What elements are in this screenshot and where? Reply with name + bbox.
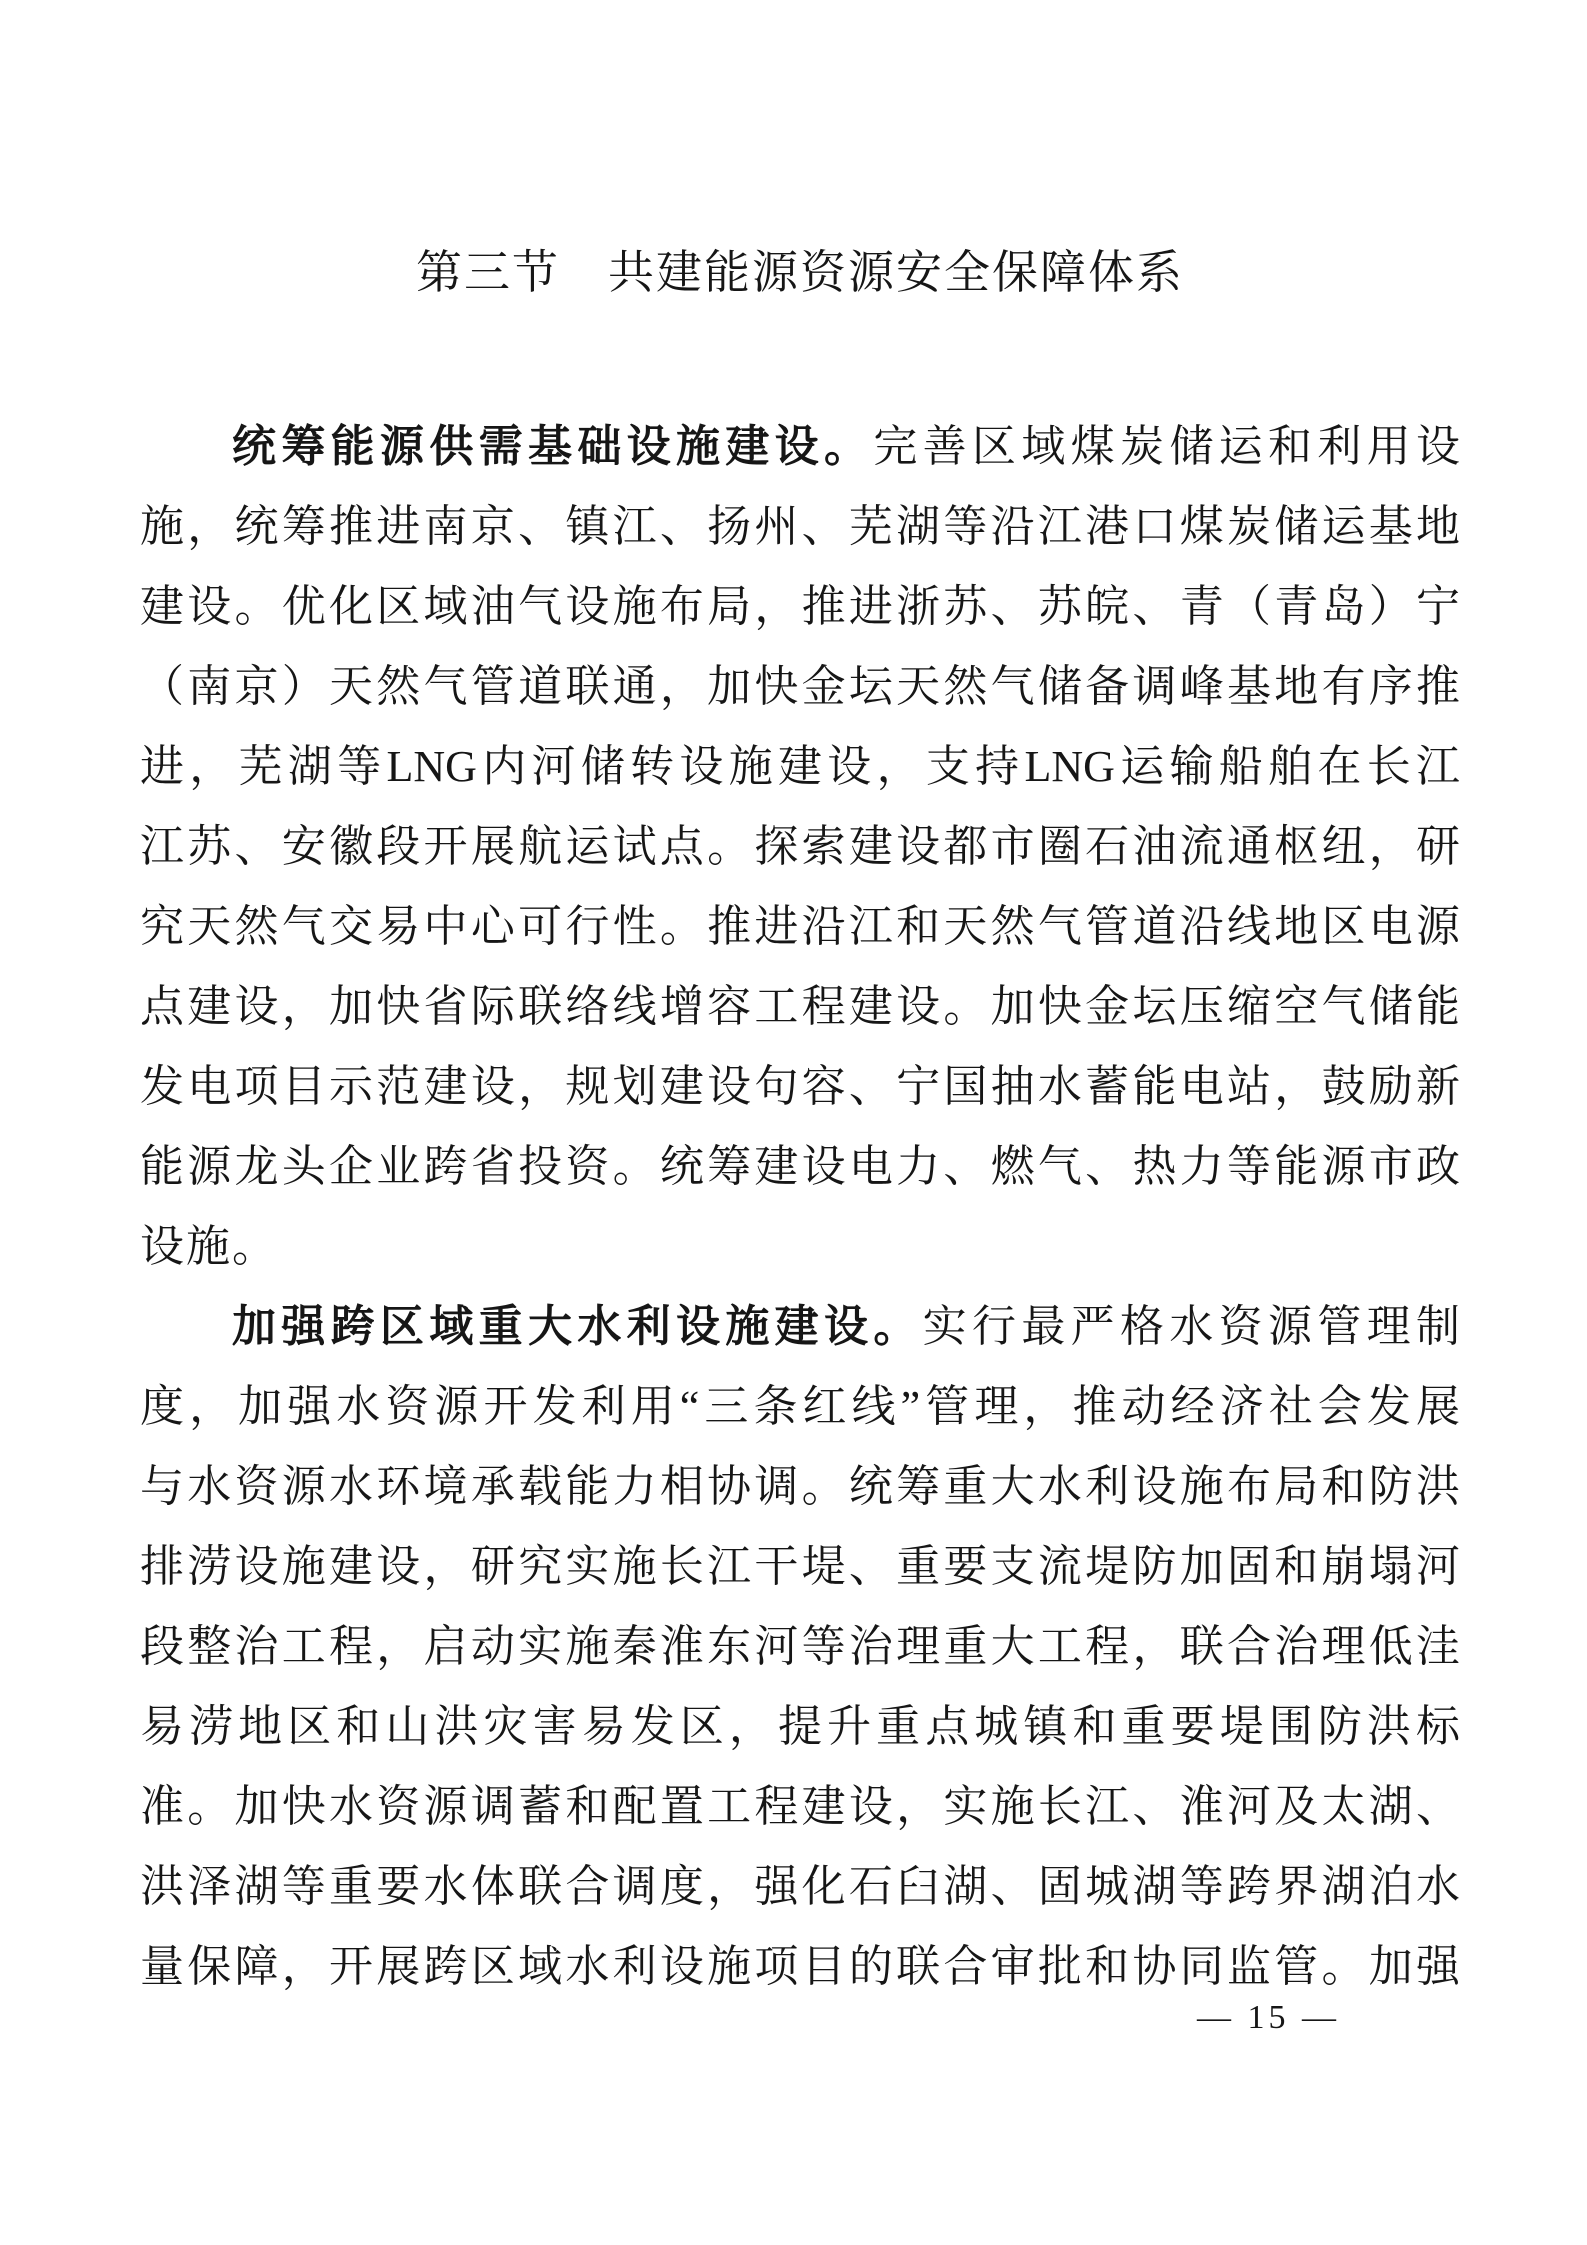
document-body: 统筹能源供需基础设施建设。完善区域煤炭储运和利用设施，统筹推进南京、镇江、扬州、… [140, 407, 1460, 2007]
text-line: 易涝地区和山洪灾害易发区，提升重点城镇和重要堤围防洪标 [140, 1687, 1460, 1767]
text-segment: 究天然气交易中心可行性。推进沿江和天然气管道沿线地区电源 [140, 902, 1460, 951]
text-segment: 发电项目示范建设，规划建设句容、宁国抽水蓄能电站，鼓励新 [140, 1062, 1460, 1111]
text-line: 能源龙头企业跨省投资。统筹建设电力、燃气、热力等能源市政 [140, 1127, 1460, 1207]
text-segment: 与水资源水环境承载能力相协调。统筹重大水利设施布局和防洪 [140, 1462, 1460, 1511]
text-line: 究天然气交易中心可行性。推进沿江和天然气管道沿线地区电源 [140, 887, 1460, 967]
text-line: 排涝设施建设，研究实施长江干堤、重要支流堤防加固和崩塌河 [140, 1527, 1460, 1607]
text-segment: 江苏、安徽段开展航运试点。探索建设都市圈石油流通枢纽，研 [140, 822, 1460, 871]
paragraph-1: 统筹能源供需基础设施建设。完善区域煤炭储运和利用设施，统筹推进南京、镇江、扬州、… [140, 407, 1460, 1287]
text-segment: 度，加强水资源开发利用“三条红线”管理，推动经济社会发展 [140, 1382, 1460, 1431]
text-segment: 建设。优化区域油气设施布局，推进浙苏、苏皖、青（青岛）宁 [140, 582, 1460, 631]
text-line: 与水资源水环境承载能力相协调。统筹重大水利设施布局和防洪 [140, 1447, 1460, 1527]
page-number: — 15 — [1197, 1998, 1340, 2038]
text-line: （南京）天然气管道联通，加快金坛天然气储备调峰基地有序推 [140, 647, 1460, 727]
text-line: 准。加快水资源调蓄和配置工程建设，实施长江、淮河及太湖、 [140, 1767, 1460, 1847]
document-page: 第三节 共建能源资源安全保障体系 统筹能源供需基础设施建设。完善区域煤炭储运和利… [0, 0, 1587, 2245]
text-line: 进，芜湖等LNG内河储转设施建设，支持LNG运输船舶在长江 [140, 727, 1460, 807]
text-segment: 量保障，开展跨区域水利设施项目的联合审批和协同监管。加强 [140, 1942, 1460, 1991]
text-segment: （南京）天然气管道联通，加快金坛天然气储备调峰基地有序推 [140, 662, 1460, 711]
text-line: 段整治工程，启动实施秦淮东河等治理重大工程，联合治理低洼 [140, 1607, 1460, 1687]
text-line: 江苏、安徽段开展航运试点。探索建设都市圈石油流通枢纽，研 [140, 807, 1460, 887]
text-segment: 点建设，加快省际联络线增容工程建设。加快金坛压缩空气储能 [140, 982, 1460, 1031]
paragraph-2: 加强跨区域重大水利设施建设。实行最严格水资源管理制度，加强水资源开发利用“三条红… [140, 1287, 1460, 2007]
text-line: 洪泽湖等重要水体联合调度，强化石臼湖、固城湖等跨界湖泊水 [140, 1847, 1460, 1927]
text-segment: 排涝设施建设，研究实施长江干堤、重要支流堤防加固和崩塌河 [140, 1542, 1460, 1591]
text-line: 点建设，加快省际联络线增容工程建设。加快金坛压缩空气储能 [140, 967, 1460, 1047]
text-line: 量保障，开展跨区域水利设施项目的联合审批和协同监管。加强 [140, 1927, 1460, 2007]
text-segment: 进，芜湖等LNG内河储转设施建设，支持LNG运输船舶在长江 [140, 742, 1460, 791]
text-line: 统筹能源供需基础设施建设。完善区域煤炭储运和利用设 [140, 407, 1460, 487]
text-segment: 易涝地区和山洪灾害易发区，提升重点城镇和重要堤围防洪标 [140, 1702, 1460, 1751]
text-line: 发电项目示范建设，规划建设句容、宁国抽水蓄能电站，鼓励新 [140, 1047, 1460, 1127]
text-line: 加强跨区域重大水利设施建设。实行最严格水资源管理制 [140, 1287, 1460, 1367]
text-segment: 准。加快水资源调蓄和配置工程建设，实施长江、淮河及太湖、 [140, 1782, 1460, 1831]
text-segment: 实行最严格水资源管理制 [923, 1302, 1460, 1351]
text-segment: 洪泽湖等重要水体联合调度，强化石臼湖、固城湖等跨界湖泊水 [140, 1862, 1460, 1911]
text-segment: 设施。 [140, 1222, 278, 1271]
text-segment: 施，统筹推进南京、镇江、扬州、芜湖等沿江港口煤炭储运基地 [140, 502, 1460, 551]
text-segment: 段整治工程，启动实施秦淮东河等治理重大工程，联合治理低洼 [140, 1622, 1460, 1671]
text-segment: 能源龙头企业跨省投资。统筹建设电力、燃气、热力等能源市政 [140, 1142, 1460, 1191]
text-line: 施，统筹推进南京、镇江、扬州、芜湖等沿江港口煤炭储运基地 [140, 487, 1460, 567]
text-line: 度，加强水资源开发利用“三条红线”管理，推动经济社会发展 [140, 1367, 1460, 1447]
lead-sentence: 统筹能源供需基础设施建设。 [232, 422, 873, 471]
text-segment: 完善区域煤炭储运和利用设 [873, 422, 1460, 471]
text-line: 设施。 [140, 1207, 1460, 1287]
section-title: 第三节 共建能源资源安全保障体系 [140, 243, 1460, 303]
lead-sentence: 加强跨区域重大水利设施建设。 [232, 1302, 923, 1351]
text-line: 建设。优化区域油气设施布局，推进浙苏、苏皖、青（青岛）宁 [140, 567, 1460, 647]
page-content: 第三节 共建能源资源安全保障体系 统筹能源供需基础设施建设。完善区域煤炭储运和利… [0, 243, 1587, 2007]
